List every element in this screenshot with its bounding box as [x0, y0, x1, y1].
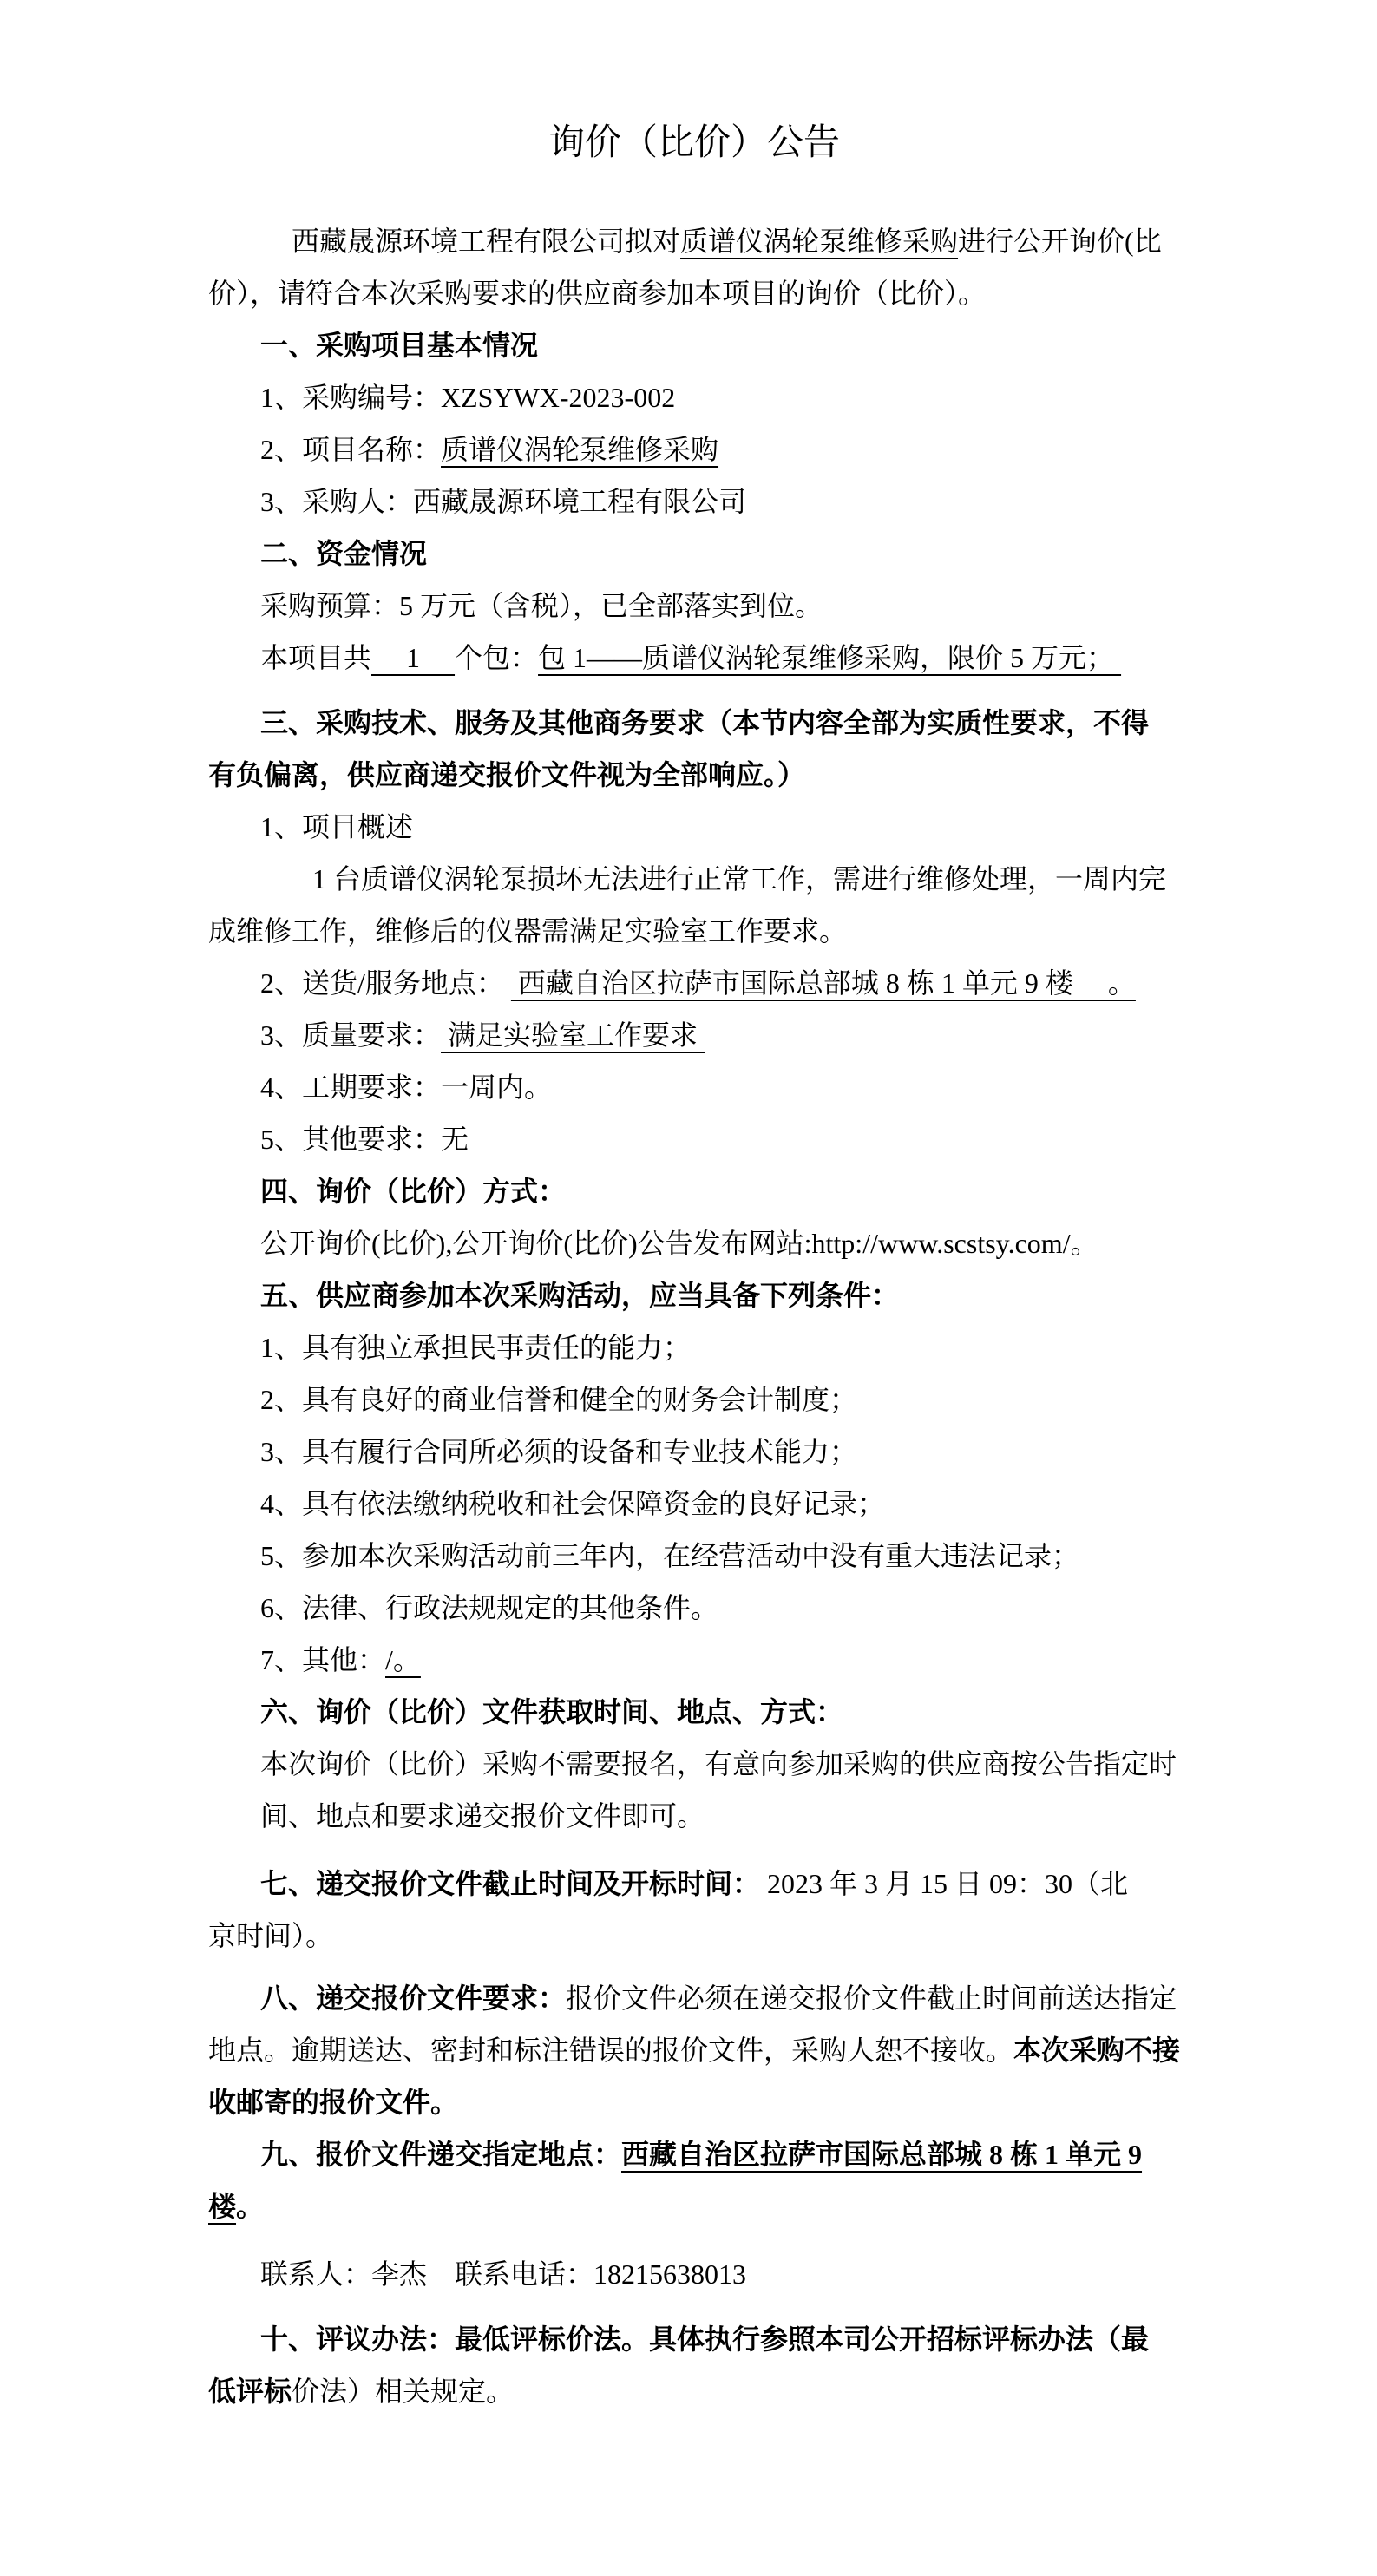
text-line: 四、询价（比价）方式： [208, 1165, 1180, 1217]
text-run: 5、参加本次采购活动前三年内，在经营活动中没有重大违法记录； [260, 1540, 1079, 1571]
item-procurement-number: 1、采购编号：XZSYWX-2023-002 [208, 371, 1180, 423]
item-project-overview-label: 1、项目概述 [208, 801, 1180, 853]
text-run: 3、采购人：西藏晟源环境工程有限公司 [260, 486, 746, 517]
text-run: 四、询价（比价）方式： [260, 1176, 566, 1207]
text-run: 京时间）。 [208, 1920, 333, 1951]
text-run: 西藏自治区拉萨市国际总部城 8 栋 1 单元 9 [621, 2139, 1142, 2170]
text-line: 3、具有履行合同所必须的设备和专业技术能力； [208, 1426, 1180, 1478]
text-run: 联系人：李杰 联系电话：18215638013 [260, 2258, 746, 2290]
text-run: 价），请符合本次采购要求的供应商参加本项目的询价（比价）。 [208, 278, 986, 309]
text-line: 6、法律、行政法规规定的其他条件。 [208, 1582, 1180, 1634]
text-line: 1 台质谱仪涡轮泵损坏无法进行正常工作，需进行维修处理，一周内完 [208, 853, 1180, 905]
text-line: 一、采购项目基本情况 [208, 319, 1180, 371]
text-run: 1 台质谱仪涡轮泵损坏无法进行正常工作，需进行维修处理，一周内完 [312, 863, 1166, 895]
text-line: 价），请符合本次采购要求的供应商参加本项目的询价（比价）。 [208, 267, 1180, 319]
heading-section-4: 四、询价（比价）方式： [208, 1165, 1180, 1217]
text-run: 七、递交报价文件截止时间及开标时间： [260, 1868, 760, 1899]
text-run: 。 [236, 2191, 264, 2222]
text-line: 2、具有良好的商业信誉和健全的财务会计制度； [208, 1373, 1180, 1426]
supplier-condition-2: 2、具有良好的商业信誉和健全的财务会计制度； [208, 1373, 1180, 1426]
text-run: 采购预算：5 万元（含税），已全部落实到位。 [260, 590, 823, 621]
text-run: 进行公开询价(比 [958, 226, 1162, 257]
heading-section-1: 一、采购项目基本情况 [208, 319, 1180, 371]
text-run: 十、评议办法：最低评标价法。具体执行参照本司公开招标评标办法（最 [260, 2324, 1149, 2355]
text-line: 本次询价（比价）采购不需要报名，有意向参加采购的供应商按公告指定时 [208, 1738, 1180, 1790]
supplier-condition-6: 6、法律、行政法规规定的其他条件。 [208, 1582, 1180, 1634]
item-quality-requirement: 3、质量要求： 满足实验室工作要求 [208, 1009, 1180, 1061]
supplier-condition-1: 1、具有独立承担民事责任的能力； [208, 1321, 1180, 1373]
item-delivery-location: 2、送货/服务地点： 西藏自治区拉萨市国际总部城 8 栋 1 单元 9 楼 。 [208, 957, 1180, 1009]
text-run: 本次采购不接 [1013, 2035, 1180, 2066]
text-run: 三、采购技术、服务及其他商务要求（本节内容全部为实质性要求，不得 [260, 707, 1149, 738]
supplier-condition-5: 5、参加本次采购活动前三年内，在经营活动中没有重大违法记录； [208, 1530, 1180, 1582]
text-run: 九、报价文件递交指定地点： [260, 2139, 621, 2170]
text-run: 3、具有履行合同所必须的设备和专业技术能力； [260, 1436, 857, 1467]
text-run: 公开询价(比价),公开询价(比价)公告发布网站:http://www.scsts… [260, 1228, 1098, 1259]
intro-paragraph: 西藏晟源环境工程有限公司拟对质谱仪涡轮泵维修采购进行公开询价(比价），请符合本次… [208, 215, 1180, 319]
text-line: 联系人：李杰 联系电话：18215638013 [208, 2248, 1180, 2300]
heading-section-3: 三、采购技术、服务及其他商务要求（本节内容全部为实质性要求，不得有负偏离，供应商… [208, 697, 1180, 801]
text-run: 5、其他要求：无 [260, 1124, 469, 1155]
text-run: 包 1——质谱仪涡轮泵维修采购，限价 5 万元； [538, 642, 1121, 673]
heading-section-6: 六、询价（比价）文件获取时间、地点、方式： [208, 1686, 1180, 1738]
text-run: 五、供应商参加本次采购活动，应当具备下列条件： [260, 1280, 899, 1311]
text-line: 间、地点和要求递交报价文件即可。 [208, 1790, 1180, 1842]
text-run: 2、送货/服务地点： [260, 967, 511, 999]
text-line: 5、参加本次采购活动前三年内，在经营活动中没有重大违法记录； [208, 1530, 1180, 1582]
text-run: 六、询价（比价）文件获取时间、地点、方式： [260, 1696, 843, 1727]
item-project-name: 2、项目名称：质谱仪涡轮泵维修采购 [208, 423, 1180, 475]
text-run: 八、递交报价文件要求： [260, 1983, 566, 2014]
item-duration-requirement: 4、工期要求：一周内。 [208, 1061, 1180, 1113]
text-line: 2、项目名称：质谱仪涡轮泵维修采购 [208, 423, 1180, 475]
section-9-location-paragraph: 九、报价文件递交指定地点：西藏自治区拉萨市国际总部城 8 栋 1 单元 9楼。 [208, 2128, 1180, 2232]
text-line: 九、报价文件递交指定地点：西藏自治区拉萨市国际总部城 8 栋 1 单元 9 [208, 2128, 1180, 2180]
inquiry-method-line: 公开询价(比价),公开询价(比价)公告发布网站:http://www.scsts… [208, 1217, 1180, 1269]
text-run: 间、地点和要求递交报价文件即可。 [260, 1800, 705, 1832]
document-obtain-paragraph: 本次询价（比价）采购不需要报名，有意向参加采购的供应商按公告指定时间、地点和要求… [208, 1738, 1180, 1842]
text-line: 十、评议办法：最低评标价法。具体执行参照本司公开招标评标办法（最 [208, 2313, 1180, 2365]
text-line: 西藏晟源环境工程有限公司拟对质谱仪涡轮泵维修采购进行公开询价(比 [208, 215, 1180, 267]
document-body: 询价（比价）公告西藏晟源环境工程有限公司拟对质谱仪涡轮泵维修采购进行公开询价(比… [208, 109, 1180, 2417]
text-run: 西藏自治区拉萨市国际总部城 8 栋 1 单元 9 楼 。 [511, 967, 1136, 999]
text-line: 成维修工作，维修后的仪器需满足实验室工作要求。 [208, 905, 1180, 957]
text-line: 五、供应商参加本次采购活动，应当具备下列条件： [208, 1269, 1180, 1321]
text-run: 质谱仪涡轮泵维修采购 [680, 226, 958, 257]
text-run: 二、资金情况 [260, 538, 427, 569]
text-line: 八、递交报价文件要求：报价文件必须在递交报价文件截止时间前送达指定 [208, 1972, 1180, 2024]
text-line: 楼。 [208, 2180, 1180, 2232]
text-run: 7、其他： [260, 1644, 385, 1675]
text-line: 本项目共 1 个包：包 1——质谱仪涡轮泵维修采购，限价 5 万元； [208, 632, 1180, 684]
text-line: 3、采购人：西藏晟源环境工程有限公司 [208, 475, 1180, 528]
section-7-deadline-paragraph: 七、递交报价文件截止时间及开标时间： 2023 年 3 月 15 日 09：30… [208, 1858, 1180, 1962]
text-run: 4、具有依法缴纳税收和社会保障资金的良好记录； [260, 1488, 885, 1519]
text-line: 三、采购技术、服务及其他商务要求（本节内容全部为实质性要求，不得 [208, 697, 1180, 749]
text-run: 询价（比价）公告 [548, 123, 840, 163]
text-run: 2023 年 3 月 15 日 09：30（北 [760, 1868, 1128, 1899]
package-line: 本项目共 1 个包：包 1——质谱仪涡轮泵维修采购，限价 5 万元； [208, 632, 1180, 684]
text-run: 1、具有独立承担民事责任的能力； [260, 1332, 691, 1363]
text-run: 收邮寄的报价文件。 [208, 2087, 458, 2118]
heading-section-2: 二、资金情况 [208, 528, 1180, 580]
text-run: 本项目共 [260, 642, 371, 673]
text-line: 3、质量要求： 满足实验室工作要求 [208, 1009, 1180, 1061]
text-run: 1、采购编号：XZSYWX-2023-002 [260, 382, 675, 413]
text-line: 7、其他：/。 [208, 1634, 1180, 1686]
text-line: 京时间）。 [208, 1910, 1180, 1962]
section-10-evaluation-paragraph: 十、评议办法：最低评标价法。具体执行参照本司公开招标评标办法（最低评标价法）相关… [208, 2313, 1180, 2417]
text-line: 5、其他要求：无 [208, 1113, 1180, 1165]
text-line: 采购预算：5 万元（含税），已全部落实到位。 [208, 580, 1180, 632]
text-line: 1、采购编号：XZSYWX-2023-002 [208, 371, 1180, 423]
text-line: 六、询价（比价）文件获取时间、地点、方式： [208, 1686, 1180, 1738]
text-run: 成维修工作，维修后的仪器需满足实验室工作要求。 [208, 915, 847, 947]
text-line: 收邮寄的报价文件。 [208, 2076, 1180, 2128]
text-line: 低评标价法）相关规定。 [208, 2365, 1180, 2417]
text-run: 个包： [455, 642, 538, 673]
supplier-condition-4: 4、具有依法缴纳税收和社会保障资金的良好记录； [208, 1478, 1180, 1530]
text-run: 地点。逾期送达、密封和标注错误的报价文件，采购人恕不接收。 [208, 2035, 1013, 2066]
text-line: 4、工期要求：一周内。 [208, 1061, 1180, 1113]
text-run: 一、采购项目基本情况 [260, 330, 538, 361]
text-line: 七、递交报价文件截止时间及开标时间： 2023 年 3 月 15 日 09：30… [208, 1858, 1180, 1910]
text-line: 地点。逾期送达、密封和标注错误的报价文件，采购人恕不接收。本次采购不接 [208, 2024, 1180, 2076]
project-overview-paragraph: 1 台质谱仪涡轮泵损坏无法进行正常工作，需进行维修处理，一周内完成维修工作，维修… [208, 853, 1180, 957]
text-run: 3、质量要求： [260, 1019, 441, 1051]
text-run: /。 [385, 1644, 421, 1675]
text-line: 二、资金情况 [208, 528, 1180, 580]
document-page: 询价（比价）公告西藏晟源环境工程有限公司拟对质谱仪涡轮泵维修采购进行公开询价(比… [0, 0, 1377, 2576]
text-run: 本次询价（比价）采购不需要报名，有意向参加采购的供应商按公告指定时 [260, 1748, 1177, 1780]
text-run: 质谱仪涡轮泵维修采购 [441, 434, 718, 465]
text-line: 有负偏离，供应商递交报价文件视为全部响应。） [208, 749, 1180, 801]
text-run: 楼 [208, 2191, 236, 2222]
text-line: 1、具有独立承担民事责任的能力； [208, 1321, 1180, 1373]
text-run: 有负偏离，供应商递交报价文件视为全部响应。） [208, 759, 805, 790]
text-run: 低评标 [208, 2376, 292, 2407]
heading-section-5: 五、供应商参加本次采购活动，应当具备下列条件： [208, 1269, 1180, 1321]
budget-line: 采购预算：5 万元（含税），已全部落实到位。 [208, 580, 1180, 632]
text-run: 6、法律、行政法规规定的其他条件。 [260, 1592, 718, 1623]
text-run: 价法）相关规定。 [292, 2376, 514, 2407]
text-run: 报价文件必须在递交报价文件截止时间前送达指定 [566, 1983, 1177, 2014]
item-purchaser: 3、采购人：西藏晟源环境工程有限公司 [208, 475, 1180, 528]
text-run: 2、具有良好的商业信誉和健全的财务会计制度； [260, 1384, 857, 1415]
text-line: 公开询价(比价),公开询价(比价)公告发布网站:http://www.scsts… [208, 1217, 1180, 1269]
supplier-condition-7: 7、其他：/。 [208, 1634, 1180, 1686]
item-other-requirement: 5、其他要求：无 [208, 1113, 1180, 1165]
text-run: 2、项目名称： [260, 434, 441, 465]
text-run: 满足实验室工作要求 [441, 1019, 705, 1051]
text-line: 1、项目概述 [208, 801, 1180, 853]
text-line: 询价（比价）公告 [208, 109, 1180, 177]
text-line: 2、送货/服务地点： 西藏自治区拉萨市国际总部城 8 栋 1 单元 9 楼 。 [208, 957, 1180, 1009]
text-line: 4、具有依法缴纳税收和社会保障资金的良好记录； [208, 1478, 1180, 1530]
text-run: 1、项目概述 [260, 811, 413, 842]
text-run: 4、工期要求：一周内。 [260, 1072, 552, 1103]
section-8-submission-paragraph: 八、递交报价文件要求：报价文件必须在递交报价文件截止时间前送达指定地点。逾期送达… [208, 1972, 1180, 2128]
contact-line: 联系人：李杰 联系电话：18215638013 [208, 2248, 1180, 2300]
supplier-condition-3: 3、具有履行合同所必须的设备和专业技术能力； [208, 1426, 1180, 1478]
text-run: 1 [371, 642, 455, 673]
text-run: 西藏晟源环境工程有限公司拟对 [292, 226, 680, 257]
document-title: 询价（比价）公告 [208, 109, 1180, 177]
